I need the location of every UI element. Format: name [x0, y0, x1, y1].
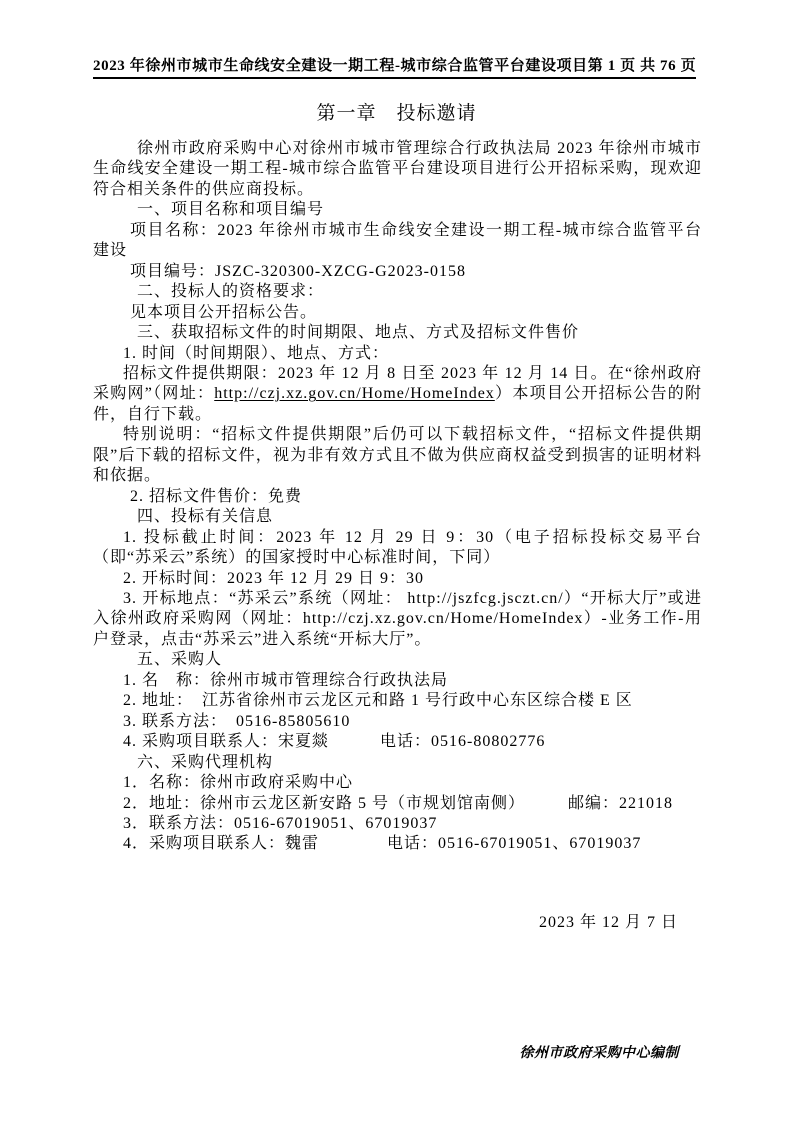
- section-5-heading: 五、采购人: [93, 650, 702, 670]
- agency-contact: 3．联系方法：0516-67019051、67019037: [93, 814, 702, 834]
- header-project-title: 2023 年徐州市城市生命线安全建设一期工程-城市综合监管平台建设项目: [93, 58, 588, 74]
- header-running-title: 2023 年徐州市城市生命线安全建设一期工程-城市综合监管平台建设项目第 1 页…: [93, 54, 696, 79]
- section-2-heading: 二、投标人的资格要求：: [93, 282, 702, 302]
- doc-price: 2. 招标文件售价：免费: [93, 487, 702, 507]
- chapter-title: 第一章 投标邀请: [0, 101, 793, 127]
- section-3-heading: 三、获取招标文件的时间期限、地点、方式及招标文件售价: [93, 323, 702, 343]
- section-2-content: 见本项目公开招标公告。: [93, 303, 702, 323]
- section-4-heading: 四、投标有关信息: [93, 507, 702, 527]
- header-page-info: 第 1 页 共 76 页: [588, 58, 696, 74]
- tender-doc-period: 招标文件提供期限：2023 年 12 月 8 日至 2023 年 12 月 14…: [93, 364, 702, 425]
- purchaser-project-contact: 4. 采购项目联系人：宋夏燚 电话：0516-80802776: [93, 732, 702, 752]
- bid-opening-time: 2. 开标时间：2023 年 12 月 29 日 9：30: [93, 569, 702, 589]
- section-6-heading: 六、采购代理机构: [93, 753, 702, 773]
- intro-paragraph: 徐州市政府采购中心对徐州市城市管理综合行政执法局 2023 年徐州市城市生命线安…: [93, 139, 702, 200]
- item-time-place-method: 1. 时间（时间期限）、地点、方式：: [93, 344, 702, 364]
- page-header: 2023 年徐州市城市生命线安全建设一期工程-城市综合监管平台建设项目第 1 页…: [93, 54, 705, 79]
- bid-deadline: 1. 投标截止时间：2023 年 12 月 29 日 9：30（电子招标投标交易…: [93, 528, 702, 569]
- bid-opening-place: 3. 开标地点：“苏采云”系统（网址： http://jszfcg.jsczt.…: [93, 589, 702, 650]
- document-page: 2023 年徐州市城市生命线安全建设一期工程-城市综合监管平台建设项目第 1 页…: [0, 0, 793, 1122]
- purchaser-address: 2. 地址： 江苏省徐州市云龙区元和路 1 号行政中心东区综合楼 E 区: [93, 691, 702, 711]
- procurement-site-link[interactable]: http://czj.xz.gov.cn/Home/HomeIndex: [214, 385, 495, 402]
- agency-project-contact: 4．采购项目联系人：魏雷 电话：0516-67019051、67019037: [93, 834, 702, 854]
- document-date: 2023 年 12 月 7 日: [93, 909, 702, 932]
- special-note: 特别说明：“招标文件提供期限”后仍可以下载招标文件，“招标文件提供期限”后下载的…: [93, 425, 702, 486]
- purchaser-name: 1. 名 称：徐州市城市管理综合行政执法局: [93, 671, 702, 691]
- agency-address: 2．地址：徐州市云龙区新安路 5 号（市规划馆南侧） 邮编：221018: [93, 794, 702, 814]
- footer-credit: 徐州市政府采购中心编制: [0, 1042, 793, 1062]
- purchaser-contact: 3. 联系方法： 0516-85805610: [93, 712, 702, 732]
- section-1-heading: 一、项目名称和项目编号: [93, 200, 702, 220]
- project-name: 项目名称：2023 年徐州市城市生命线安全建设一期工程-城市综合监管平台建设: [93, 221, 702, 262]
- document-body: 徐州市政府采购中心对徐州市城市管理综合行政执法局 2023 年徐州市城市生命线安…: [93, 139, 702, 855]
- agency-name: 1．名称：徐州市政府采购中心: [93, 773, 702, 793]
- project-number: 项目编号：JSZC-320300-XZCG-G2023-0158: [93, 262, 702, 282]
